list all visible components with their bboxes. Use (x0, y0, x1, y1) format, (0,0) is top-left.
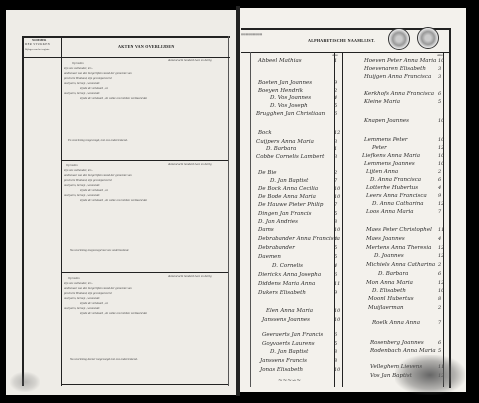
index-entry-akte: 4 (334, 263, 337, 269)
index-entry-name: D. Vos Joannes (270, 95, 311, 101)
record-divider-2 (62, 272, 228, 273)
index-entry-akte: 10 (438, 137, 444, 143)
record-year-line: duizend acht honderd twee en dertig (168, 162, 212, 166)
index-entry-name: Lemmens Peter (364, 137, 408, 143)
index-entry-name: De Bock Anna Cecilia (258, 186, 318, 192)
index-entry-akte: 2 (438, 169, 441, 175)
index-entry-name: Diddens Maria Anna (258, 281, 315, 287)
index-entry-name: Brugghen Jan Christiaan (256, 111, 325, 117)
index-entry-akte: 9 (334, 290, 337, 296)
record-line: zijn ons wethouder, ter... (64, 168, 93, 172)
page-stain (395, 355, 465, 395)
index-entry-akte: 8 (334, 358, 337, 364)
book-gutter (236, 6, 240, 396)
index-entry-name: Lemmens Joannes (364, 161, 415, 167)
index-entry-akte: 12 (438, 201, 444, 207)
index-entry-akte: 5 (438, 99, 441, 105)
index-entry-akte: 12 (438, 245, 444, 251)
index-entry-name: Debrabander (258, 245, 295, 251)
index-entry-name: Elen Anna Maria (266, 308, 313, 314)
index-entry-name: D. Anna Catharina (372, 201, 424, 207)
index-entry-akte: 6 (438, 91, 441, 97)
record-date-line: Op heden (66, 163, 78, 167)
frame-left-rule (22, 36, 24, 386)
record-divider-3 (62, 384, 228, 385)
record-line: zijnde de verklaard , en (80, 86, 108, 90)
record-signature-line: Na voorlezing toegevoegd met ons onderte… (70, 248, 129, 252)
record-line: zijnde de verklaard , de welke ons hebbe… (80, 96, 147, 100)
record-line: oud jaren, beroep , woonende (64, 91, 100, 95)
index-entry-akte: 10 (334, 317, 340, 323)
index-entry-name: Boeyen Hendrik (258, 88, 303, 94)
index-entry-akte: 7 (334, 202, 337, 208)
index-entry-name: Daemen (258, 254, 281, 260)
index-entry-akte: 10 (438, 153, 444, 159)
record-line: provincie Braband, zijn gecomparceerd (64, 178, 112, 182)
margin-header-subtitle: DER STUKKEN (25, 42, 50, 46)
index-entry-akte: 3 (438, 66, 441, 72)
index-entry-akte: 5 (438, 348, 441, 354)
official-stamp-1 (388, 28, 410, 50)
index-entry-akte: 2 (438, 262, 441, 268)
index-entry-name: Bock (258, 130, 272, 136)
index-entry-name: Cuijpers Anna Maria (256, 139, 314, 145)
official-stamp-2 (417, 27, 439, 49)
left-page (6, 10, 238, 395)
index-entry-akte: 9 (334, 80, 337, 86)
record-line: oud jaren, beroep , woonende (64, 193, 100, 197)
index-entry-akte: 6 (438, 177, 441, 183)
index-top-rule (241, 28, 449, 30)
index-entry-akte: 4 (334, 95, 337, 101)
index-entry-akte: 3 (438, 74, 441, 80)
index-entry-akte: 8 (334, 349, 337, 355)
index-entry-akte: 10 (438, 118, 444, 124)
index-entry-name: Leers Anna Francisca (366, 193, 427, 199)
index-entry-name: Dukers Elisabeth (258, 290, 306, 296)
index-entry-name: Lijten Anna (366, 169, 398, 175)
index-entry-akte: 2 (438, 305, 441, 311)
index-entry-akte: 3 (334, 154, 337, 160)
record-line: ambtenaar van den burgerlijken stand der… (64, 71, 132, 75)
index-entry-akte: 10 (334, 367, 340, 373)
closing-flourish: ~~~∽~ (278, 378, 301, 384)
index-side-note: ▤▤▤▤▤▤▤▤▤ (241, 33, 281, 37)
akte-col-header-left: Akte (332, 53, 338, 57)
index-entry-akte: 6 (334, 111, 337, 117)
index-entry-name: Baeten Jan Joannes (258, 80, 312, 86)
index-mid-rule-2 (342, 52, 343, 387)
index-entry-name: Dierickx Anna Josepha (258, 272, 321, 278)
index-entry-name: Debrabander Anna Francisca (258, 236, 340, 242)
index-entry-name: D. Anna Francisca (370, 177, 421, 183)
index-entry-name: Hoeven Peter Anna Maria (364, 58, 436, 64)
index-entry-akte: 12 (438, 145, 444, 151)
index-entry-name: D. Jan Baptist (270, 178, 308, 184)
index-entry-akte: 12 (334, 130, 340, 136)
index-entry-akte: 7 (334, 178, 337, 184)
record-line: oud jaren, beroep , woonende (64, 306, 100, 310)
record-line: provincie Braband, zijn gecomparceerd (64, 291, 112, 295)
index-frame-right (449, 28, 451, 388)
index-margin-rule (250, 52, 251, 387)
record-signature-line: Na voorlezing deezer toegevoegd met ons … (70, 357, 138, 361)
index-entry-name: De Bie (258, 170, 276, 176)
index-entry-name: Michiels Anna Catharina (366, 262, 435, 268)
record-line: zijnde de verklaard , de welke ons hebbe… (80, 198, 147, 202)
record-line: oud jaren, beroep , woonende (64, 296, 100, 300)
index-entry-name: Maes Peter Christophel (366, 227, 432, 233)
page-stain (10, 372, 40, 392)
index-entry-akte: 10 (334, 194, 340, 200)
record-line: oud jaren, beroep , woonende (64, 183, 100, 187)
index-entry-name: Geeraerts Jan Francis (262, 332, 323, 338)
index-entry-name: De Bode Anna Maria (258, 194, 316, 200)
record-line: zijnde de verklaard , de welke ons hebbe… (80, 311, 147, 315)
index-entry-name: Goyvaerts Laurens (262, 341, 315, 347)
index-entry-name: Rodenbach Anna Maria (370, 348, 436, 354)
index-entry-akte: 4 (438, 185, 441, 191)
index-entry-name: Cobbe Cornelis Lambert (256, 154, 324, 160)
index-entry-name: De Hauwe Pieter Philip (258, 202, 323, 208)
index-entry-name: Jonas Elisabeth (260, 367, 303, 373)
index-entry-akte: 7 (438, 209, 441, 215)
index-right-rule (443, 52, 444, 387)
index-entry-akte: 10 (334, 308, 340, 314)
right-page-title: ALPHABETISCHE NAAMLIJST. (308, 38, 375, 43)
index-entry-akte: 12 (438, 253, 444, 259)
record-divider-1 (62, 160, 228, 161)
index-entry-name: D. Barbara (266, 146, 296, 152)
record-line: oud jaren, beroep , woonende (64, 81, 100, 85)
index-entry-akte: 8 (334, 219, 337, 225)
index-entry-akte: 12 (438, 280, 444, 286)
index-entry-name: Loos Anna Maria (366, 209, 414, 215)
margin-column-rule (61, 36, 62, 386)
index-entry-akte: 10 (334, 227, 340, 233)
index-entry-name: Huijgen Anna Francisca (364, 74, 431, 80)
index-entry-akte: 6 (438, 340, 441, 346)
record-line: provincie Braband, zijn gecomparceerd (64, 76, 112, 80)
index-entry-name: Abbeel Mathias (258, 58, 302, 64)
index-entry-name: D. Jan Andries (258, 219, 298, 225)
record-line: ambtenaar van den burgerlijken stand der… (64, 173, 132, 177)
index-entry-name: Rosenberg Joannes (370, 340, 424, 346)
index-entry-akte: 10 (438, 288, 444, 294)
frame-right-rule (228, 36, 229, 386)
index-entry-akte: 2 (334, 170, 337, 176)
index-entry-name: Dingen Jan Francis (258, 211, 311, 217)
index-entry-name: Muijlaerman (368, 305, 404, 311)
index-entry-name: Liefkens Anna Maria (362, 153, 420, 159)
index-entry-akte: 5 (334, 103, 337, 109)
record-line: zijnde de verklaard , en (80, 301, 108, 305)
index-entry-akte: 6 (334, 272, 337, 278)
index-entry-akte: 10 (438, 161, 444, 167)
index-entry-name: Roelk Anna Anna (372, 320, 420, 326)
index-entry-akte: 3 (334, 139, 337, 145)
index-header-rule (241, 52, 449, 53)
index-entry-name: Janssens Joannes (262, 317, 310, 323)
index-entry-akte: 6 (438, 271, 441, 277)
record-year-line: duizend acht honderd twee en dertig (168, 274, 212, 278)
akte-col-header-right: Akte (437, 53, 443, 57)
index-entry-akte: 10 (334, 186, 340, 192)
index-entry-name: D. Elisabeth (372, 288, 406, 294)
index-entry-akte: 10 (438, 58, 444, 64)
record-line: zijnde de verklaard , en (80, 188, 108, 192)
index-entry-akte: 5 (334, 341, 337, 347)
index-entry-akte: 8 (438, 296, 441, 302)
index-entry-name: Janssens Francis (260, 358, 307, 364)
index-entry-name: D. Vos Joseph (270, 103, 308, 109)
index-entry-akte: 5 (334, 211, 337, 217)
margin-header-note: Bijlagen van het register (25, 48, 50, 52)
record-line: ambtenaar van den burgerlijken stand der… (64, 286, 132, 290)
index-entry-name: Hoevenaren Elisabeth (364, 66, 426, 72)
index-entry-name: Peter (372, 145, 387, 151)
record-line: zijn ons wethouder, ter... (64, 66, 93, 70)
index-entry-name: Knapen Joannes (364, 118, 409, 124)
index-entry-akte: 5 (334, 245, 337, 251)
index-entry-akte: 1 (334, 58, 337, 64)
index-entry-name: D. Jan Baptist (270, 349, 308, 355)
index-entry-name: Lotterhe Hubertus (366, 185, 418, 191)
record-date-line: Op heden (72, 61, 84, 65)
index-entry-name: Maes Joannes (366, 236, 405, 242)
index-entry-name: Dams (258, 227, 274, 233)
index-entry-akte: 4 (334, 236, 337, 242)
index-entry-name: Mertens Anna Theresia (366, 245, 431, 251)
index-entry-akte: 7 (438, 320, 441, 326)
index-entry-akte: 11 (334, 281, 340, 287)
index-entry-name: Moonl Hubertus (368, 296, 414, 302)
record-line: zijn ons wethouder, ter... (64, 281, 93, 285)
index-entry-name: D. Barbara (378, 271, 408, 277)
frame-top-rule (22, 36, 230, 38)
left-page-title: AKTEN VAN OVERLIJDEN (118, 44, 175, 49)
index-entry-akte: 11 (438, 227, 444, 233)
index-entry-name: D. Joannes (374, 253, 404, 259)
index-entry-name: D. Cornelis (272, 263, 303, 269)
record-signature-line: En voorlezing toegevoegd, met ons ondert… (68, 138, 128, 142)
index-entry-akte: 9 (438, 193, 441, 199)
index-entry-akte: 1 (334, 146, 337, 152)
index-entry-akte: 4 (438, 236, 441, 242)
index-entry-akte: 2 (334, 88, 337, 94)
index-entry-name: Kerkhofs Anna Francisca (364, 91, 434, 97)
index-entry-name: Mon Anna Maria (366, 280, 413, 286)
record-date-line: Op heden (68, 276, 80, 280)
index-entry-akte: 5 (334, 254, 337, 260)
index-entry-name: Kleine Maria (364, 99, 400, 105)
index-entry-akte: 6 (334, 332, 337, 338)
record-year-line: duizend acht honderd twee en dertig (168, 58, 212, 62)
